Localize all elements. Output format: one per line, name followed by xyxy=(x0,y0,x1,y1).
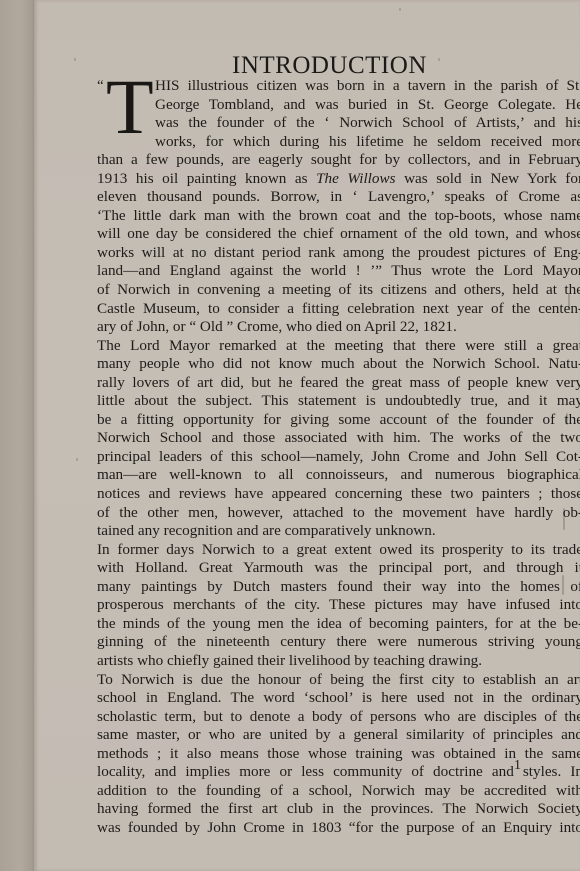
paper-speck xyxy=(438,58,440,61)
text-line: than a few pounds, are eagerly sought fo… xyxy=(97,151,580,170)
text-line: will one day be considered the chief orn… xyxy=(97,225,580,244)
text-line: rally lovers of art did, but he feared t… xyxy=(97,374,580,393)
text-line: little about the subject. This statement… xyxy=(97,392,580,411)
paragraph-4: To Norwich is due the honour of being th… xyxy=(97,671,580,838)
paragraph-3: In former days Norwich to a great extent… xyxy=(97,541,580,671)
text-line: Norwich School and those associated with… xyxy=(97,429,580,448)
paper-speck xyxy=(399,8,401,11)
italic-title: The Willows xyxy=(316,170,395,187)
book-binding-gutter xyxy=(0,0,34,871)
text-line: locality, and implies more or less commu… xyxy=(97,763,580,782)
text-line: was founded by John Crome in 1803 “for t… xyxy=(97,819,580,838)
text-line: George Tombland, and was buried in St. G… xyxy=(97,96,580,115)
paper-speck xyxy=(76,458,78,461)
text-line: the minds of the young men the idea of b… xyxy=(97,615,580,634)
body-text: HIS illustrious citizen was born in a ta… xyxy=(97,77,580,837)
text-line: The Lord Mayor remarked at the meeting t… xyxy=(97,337,580,356)
text-line: many paintings by Dutch masters found th… xyxy=(97,578,580,597)
text-line: prosperous merchants of the city. These … xyxy=(97,596,580,615)
text-line: school in England. The word ‘school’ is … xyxy=(97,689,580,708)
text-line: works, for which during his lifetime he … xyxy=(97,133,580,152)
text-line: tained any recognition and are comparati… xyxy=(97,522,580,541)
text-line: ginning of the nineteenth century there … xyxy=(97,633,580,652)
text-line: To Norwich is due the honour of being th… xyxy=(97,671,580,690)
text-line: was the founder of the ‘ Norwich School … xyxy=(97,114,580,133)
text-line: of Norwich in convening a meeting of its… xyxy=(97,281,580,300)
text-line: 1913 his oil painting known as The Willo… xyxy=(97,170,580,189)
text-line: be a fitting opportunity for giving some… xyxy=(97,411,580,430)
paper-speck xyxy=(74,58,76,61)
text-line: of the other men, however, attached to t… xyxy=(97,504,580,523)
text-line: scholastic term, but to denote a body of… xyxy=(97,708,580,727)
text-line: HIS illustrious citizen was born in a ta… xyxy=(97,77,580,96)
text-line: ‘The little dark man with the brown coat… xyxy=(97,207,580,226)
text-line: principal leaders of this school—namely,… xyxy=(97,448,580,467)
text-line: Castle Museum, to consider a fitting cel… xyxy=(97,300,580,319)
paragraph-2: The Lord Mayor remarked at the meeting t… xyxy=(97,337,580,541)
text-line: In former days Norwich to a great extent… xyxy=(97,541,580,560)
text-line: eleven thousand pounds. Borrow, in ‘ Lav… xyxy=(97,188,580,207)
text-line: with Holland. Great Yarmouth was the pri… xyxy=(97,559,580,578)
text-line: land—and England against the world ! ’” … xyxy=(97,262,580,281)
text-line: works will at no distant period rank amo… xyxy=(97,244,580,263)
text-line: notices and reviews have appeared concer… xyxy=(97,485,580,504)
text-line: same master, or who are united by a gene… xyxy=(97,726,580,745)
text-line: man—are well-known to all connoisseurs, … xyxy=(97,466,580,485)
chapter-title: INTRODUCTION xyxy=(232,52,427,80)
text-line: methods ; it also means those whose trai… xyxy=(97,745,580,764)
page-number: 1 xyxy=(514,758,521,774)
text-line: addition to the founding of a school, No… xyxy=(97,782,580,801)
text-line: artists who chiefly gained their livelih… xyxy=(97,652,580,671)
text-line: having formed the first art club in the … xyxy=(97,800,580,819)
text-line: ary of John, or “ Old ” Crome, who died … xyxy=(97,318,580,337)
text-line: many people who did not know much about … xyxy=(97,355,580,374)
paragraph-1: HIS illustrious citizen was born in a ta… xyxy=(97,77,580,337)
